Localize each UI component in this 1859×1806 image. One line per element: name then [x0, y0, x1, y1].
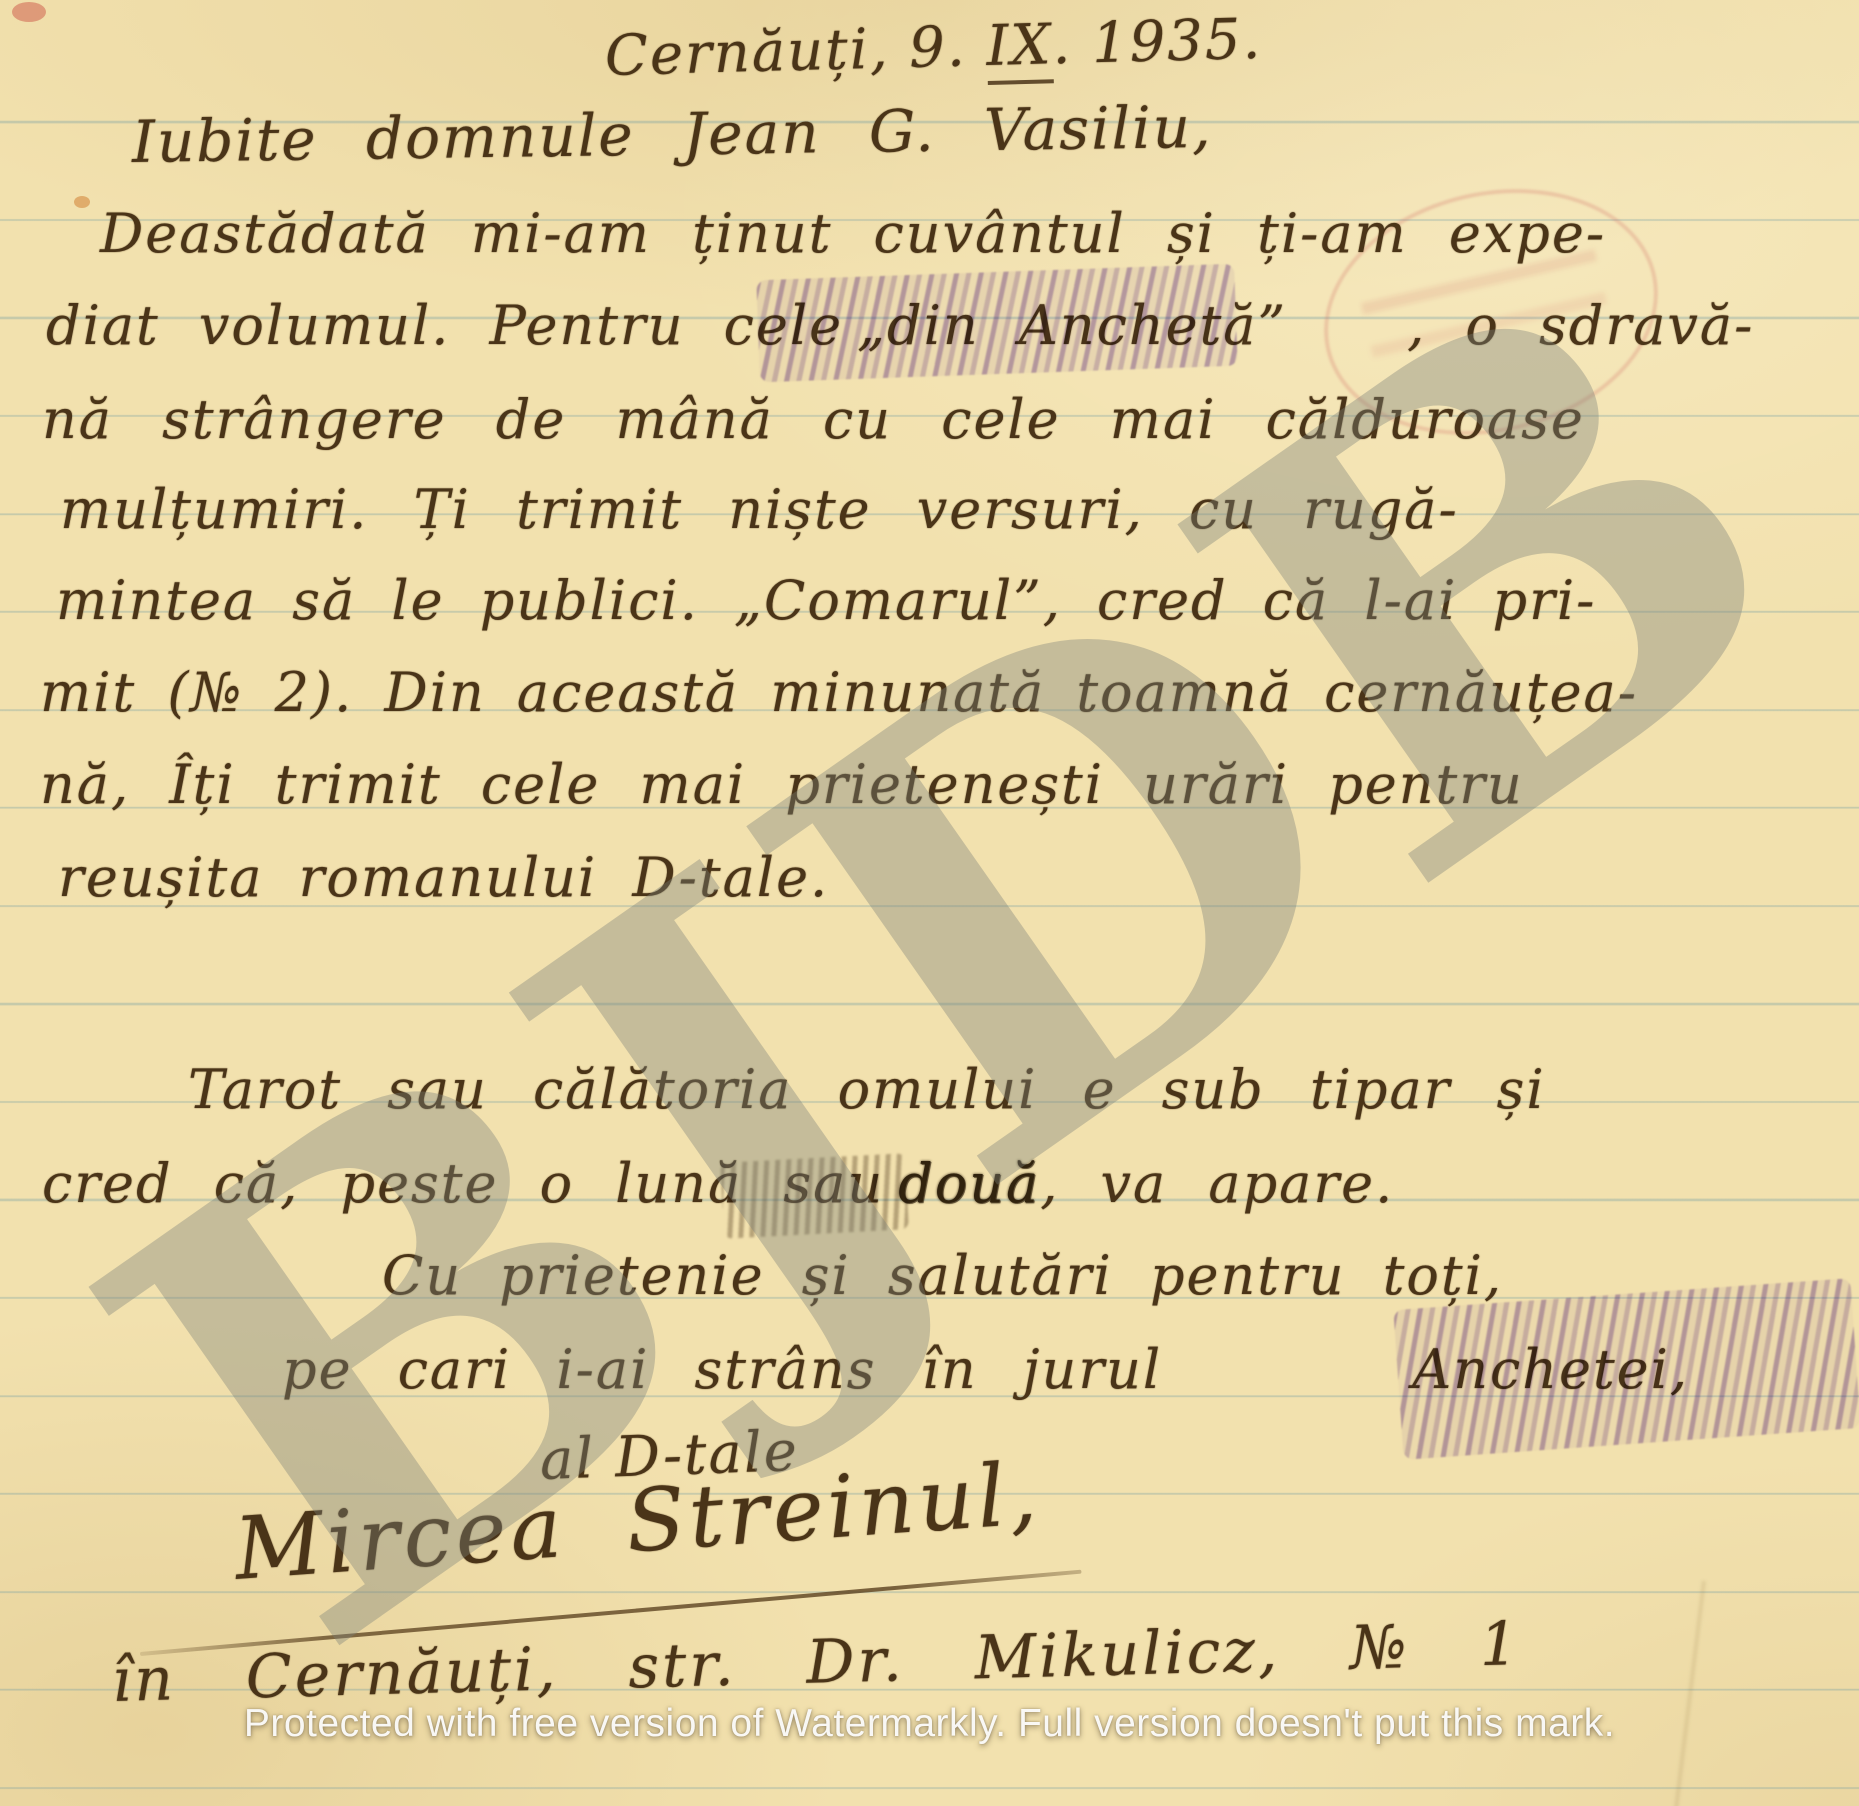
letter-line: nă strângere de mână cu cele mai călduro…	[42, 388, 1585, 451]
letter-line: Tarot sau călătoria omului e sub tipar ș…	[188, 1058, 1546, 1121]
address-text: în Cernăuți, str. Dr. Mikulicz, № 1	[111, 1609, 1522, 1716]
line-text: , o sdravă-	[1407, 294, 1754, 357]
line-text: Tarot sau călătoria omului e sub tipar ș…	[188, 1058, 1546, 1121]
line-text: Deastădată mi-am ținut cuvântul și ți-am…	[100, 202, 1606, 265]
red-speck	[12, 2, 46, 22]
line-text: nă strângere de mână cu cele mai călduro…	[42, 388, 1585, 451]
purple-scribble-redaction	[1393, 1278, 1859, 1460]
letter-line: Deastădată mi-am ținut cuvântul și ți-am…	[100, 202, 1606, 265]
paper-crease	[1674, 1581, 1706, 1806]
purple-scribble-redaction	[756, 264, 1237, 383]
salutation-text: Iubite domnule Jean G. Vasiliu,	[132, 93, 1213, 176]
dateline-month: IX	[986, 12, 1054, 85]
letter-line: cred că, peste o lună saudouă, va apare.	[42, 1152, 1394, 1215]
line-text: diat volumul. Pentru cele	[46, 294, 843, 357]
line-text: pe cari i-ai strâns în jurul	[282, 1338, 1162, 1401]
scanned-letter-page: Cernăuți, 9. IX. 1935. Iubite domnule Je…	[0, 0, 1859, 1806]
dateline: Cernăuți, 9. IX. 1935.	[604, 7, 1263, 89]
overwritten-word: două	[898, 1152, 1040, 1215]
salutation: Iubite domnule Jean G. Vasiliu,	[132, 93, 1213, 176]
letter-line: mulțumiri. Ți trimit niște versuri, cu r…	[60, 478, 1459, 541]
line-text: mintea să le publici. „Comarul”, cred că…	[56, 569, 1596, 632]
letter-line: reușita romanului D-tale.	[58, 846, 829, 909]
letter-line: nă, Îți trimit cele mai prietenești urăr…	[40, 753, 1524, 816]
orange-speck	[74, 196, 90, 208]
line-text: , va apare.	[1040, 1152, 1394, 1215]
line-text: mulțumiri. Ți trimit niște versuri, cu r…	[60, 478, 1459, 541]
line-text: Cu prietenie și salutări pentru toți,	[382, 1244, 1503, 1307]
watermarkly-notice: Protected with free version of Watermark…	[0, 1702, 1859, 1746]
line-text: reușita romanului D-tale.	[58, 846, 829, 909]
dateline-place: Cernăuți, 9.	[604, 14, 987, 89]
letter-line: mintea să le publici. „Comarul”, cred că…	[56, 569, 1596, 632]
line-text: mit (№ 2). Din această minunată toamnă c…	[40, 661, 1638, 724]
address-line: în Cernăuți, str. Dr. Mikulicz, № 1	[111, 1609, 1522, 1716]
dateline-year: . 1935.	[1052, 7, 1264, 77]
line-text: nă, Îți trimit cele mai prietenești urăr…	[40, 753, 1524, 816]
letter-line: Cu prietenie și salutări pentru toți,	[382, 1244, 1503, 1307]
letter-line: mit (№ 2). Din această minunată toamnă c…	[40, 661, 1638, 724]
ink-overwrite-smudge	[720, 1153, 909, 1239]
